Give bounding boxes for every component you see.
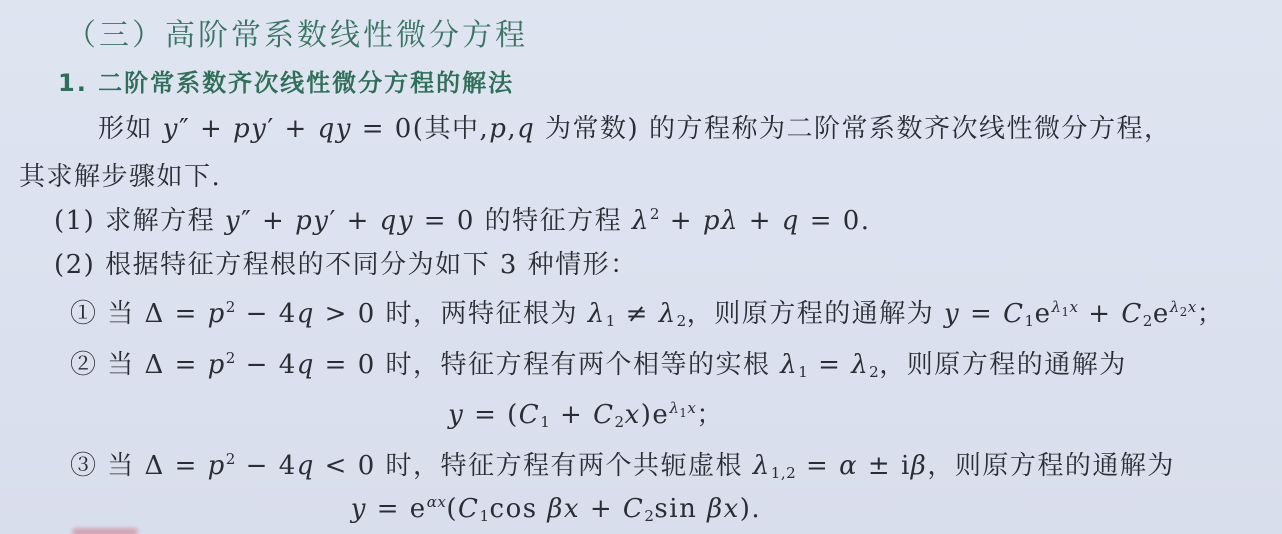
intro-line-1: 形如 y″ + py′ + qy = 0(其中,p,q 为常数) 的方程称为二阶…	[98, 112, 1171, 146]
textbook-page: （三）高阶常系数线性微分方程 1. 二阶常系数齐次线性微分方程的解法 形如 y″…	[0, 0, 1282, 534]
section-heading: （三）高阶常系数线性微分方程	[66, 10, 528, 54]
step-2: (2) 根据特征方程根的不同分为如下 3 种情形：	[54, 248, 638, 282]
case-2-solution: y = (C1 + C2x)eλ1x；	[0, 398, 1282, 432]
intro-line-2: 其求解步骤如下.	[19, 160, 221, 194]
scan-artifact-red	[72, 528, 138, 534]
case-2: ② 当 Δ = p2 − 4q = 0 时，特征方程有两个相等的实根 λ1 = …	[70, 348, 1127, 382]
subsection-heading: 1. 二阶常系数齐次线性微分方程的解法	[58, 63, 514, 98]
case-3: ③ 当 Δ = p2 − 4q < 0 时，特征方程有两个共轭虚根 λ1,2 =…	[70, 449, 1175, 483]
case-1: ① 当 Δ = p2 − 4q > 0 时，两特征根为 λ1 ≠ λ2，则原方程…	[70, 297, 1224, 331]
step-1: (1) 求解方程 y″ + py′ + qy = 0 的特征方程 λ2 + pλ…	[54, 204, 871, 238]
case-3-solution: y = eαx(C1cos βx + C2sin βx).	[0, 492, 1282, 526]
